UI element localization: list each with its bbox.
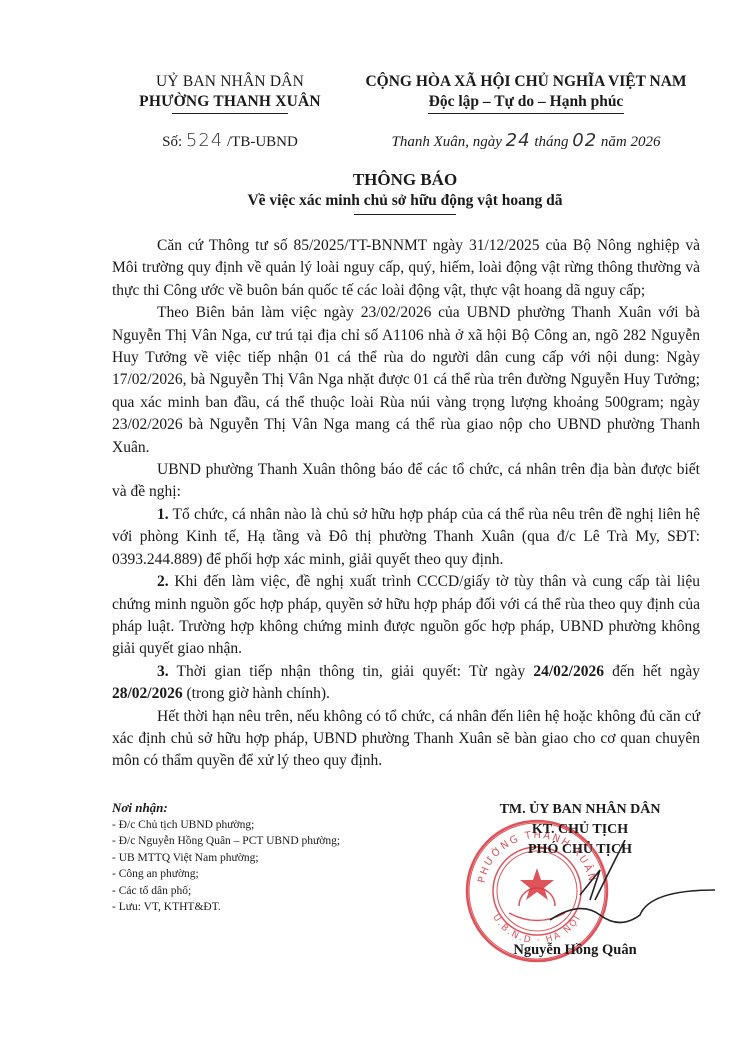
date-prefix: Thanh Xuân, ngày [392, 134, 502, 150]
nation-title: CỘNG HÒA XÃ HỘI CHỦ NGHĨA VIỆT NAM [336, 72, 716, 92]
nation-header: CỘNG HÒA XÃ HỘI CHỦ NGHĨA VIỆT NAM Độc l… [336, 72, 716, 114]
date-day: 24 [506, 130, 531, 151]
handwritten-signature-icon [540, 840, 720, 940]
recipient-item: - Công an phường; [112, 866, 412, 883]
paragraph-final: Hết thời hạn nêu trên, nếu không có tổ c… [112, 706, 700, 773]
paragraph-announcement: UBND phường Thanh Xuân thông báo để các … [112, 459, 700, 504]
paragraph-minutes: Theo Biên bản làm việc ngày 23/02/2026 c… [112, 302, 700, 459]
date-year: năm 2026 [601, 134, 661, 150]
item-3-date-from: 24/02/2026 [533, 663, 604, 680]
document-body: Căn cứ Thông tư số 85/2025/TT-BNNMT ngày… [112, 235, 700, 773]
recipient-item: - Các tổ dân phố; [112, 883, 412, 900]
agency-underline [172, 113, 288, 114]
nation-motto: Độc lập – Tự do – Hạnh phúc [336, 92, 716, 112]
paragraph-legal-basis: Căn cứ Thông tư số 85/2025/TT-BNNMT ngày… [112, 235, 700, 302]
item-1: 1. Tổ chức, cá nhân nào là chủ sở hữu hợ… [112, 504, 700, 571]
item-1-text: Tổ chức, cá nhân nào là chủ sở hữu hợp p… [112, 506, 700, 568]
document-date: Thanh Xuân, ngày 24 tháng 02 năm 2026 [336, 130, 716, 151]
document-subject: Về việc xác minh chủ sở hữu động vật hoa… [110, 192, 700, 215]
item-3-text-b: đến hết ngày [604, 663, 700, 680]
recipient-item: - Lưu: VT, KTHT&ĐT. [112, 899, 412, 916]
recipient-item: - Đ/c Chủ tịch UBND phường; [112, 817, 412, 834]
item-3-date-to: 28/02/2026 [112, 685, 183, 702]
document-title: THÔNG BÁO [110, 170, 700, 190]
item-2-number: 2. [157, 573, 169, 590]
date-month: 02 [572, 130, 597, 151]
document-number: Số: 524 /TB-UBND [110, 130, 350, 151]
subject-underline [354, 214, 456, 215]
item-1-number: 1. [157, 506, 169, 523]
agency-header: UỶ BAN NHÂN DÂN PHƯỜNG THANH XUÂN [110, 72, 350, 114]
item-2: 2. Khi đến làm việc, đề nghị xuất trình … [112, 571, 700, 661]
item-2-text: Khi đến làm việc, đề nghị xuất trình CCC… [112, 573, 700, 657]
signature-title-1: TM. ỦY BAN NHÂN DÂN [450, 800, 710, 820]
agency-name-line2: PHƯỜNG THANH XUÂN [110, 92, 350, 112]
date-month-label: tháng [534, 134, 568, 150]
subject-text: Về việc xác minh chủ sở hữu động vật hoa… [110, 192, 700, 210]
number-suffix: /TB-UBND [227, 134, 298, 150]
agency-name-line1: UỶ BAN NHÂN DÂN [110, 72, 350, 92]
item-3-text-a: Thời gian tiếp nhận thông tin, giải quyế… [169, 663, 534, 680]
recipients-block: Nơi nhận: - Đ/c Chủ tịch UBND phường; - … [112, 800, 412, 916]
signature-title-2: KT. CHỦ TỊCH [450, 820, 710, 840]
item-3-text-c: (trong giờ hành chính). [183, 685, 330, 702]
number-handwritten: 524 [186, 130, 223, 151]
item-3: 3. Thời gian tiếp nhận thông tin, giải q… [112, 661, 700, 706]
signer-name: Nguyễn Hồng Quân [450, 942, 700, 959]
number-label: Số: [162, 134, 182, 150]
recipient-item: - Đ/c Nguyễn Hồng Quân – PCT UBND phường… [112, 833, 412, 850]
recipients-heading: Nơi nhận: [112, 800, 412, 817]
recipient-item: - UB MTTQ Việt Nam phường; [112, 850, 412, 867]
motto-underline [428, 113, 624, 114]
item-3-number: 3. [157, 663, 169, 680]
